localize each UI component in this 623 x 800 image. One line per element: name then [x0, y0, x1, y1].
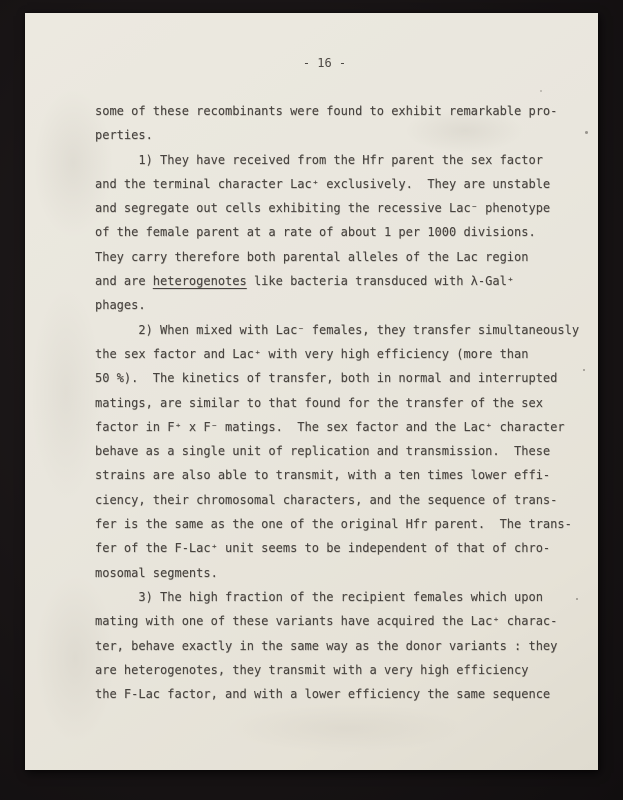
- text-line: 1) They have received from the Hfr paren…: [95, 148, 601, 172]
- text-segment: like bacteria transduced with λ-Gal⁺: [247, 274, 514, 288]
- paper-speck: [540, 90, 542, 92]
- text-line: the sex factor and Lac⁺ with very high e…: [95, 342, 601, 366]
- text-line: mating with one of these variants have a…: [95, 609, 601, 633]
- paper-stain: [225, 703, 465, 753]
- text-line: and segregate out cells exhibiting the r…: [95, 196, 601, 220]
- text-line: ciency, their chromosomal characters, an…: [95, 488, 601, 512]
- text-line: fer is the same as the one of the origin…: [95, 512, 601, 536]
- text-line: 3) The high fraction of the recipient fe…: [95, 585, 601, 609]
- page-number: - 16 -: [25, 55, 598, 71]
- text-line: the F-Lac factor, and with a lower effic…: [95, 682, 601, 706]
- text-line: phages.: [95, 293, 601, 317]
- text-line: 50 %). The kinetics of transfer, both in…: [95, 366, 601, 390]
- manuscript-page: - 16 - some of these recombinants were f…: [25, 13, 598, 770]
- text-segment: and are: [95, 274, 153, 288]
- typewritten-text: some of these recombinants were found to…: [95, 99, 601, 706]
- text-line: They carry therefore both parental allel…: [95, 245, 601, 269]
- text-line: factor in F⁺ x F⁻ matings. The sex facto…: [95, 415, 601, 439]
- text-line: strains are also able to transmit, with …: [95, 463, 601, 487]
- text-line: behave as a single unit of replication a…: [95, 439, 601, 463]
- text-line: ter, behave exactly in the same way as t…: [95, 634, 601, 658]
- text-line: perties.: [95, 123, 601, 147]
- text-line: are heterogenotes, they transmit with a …: [95, 658, 601, 682]
- paper-stain: [31, 283, 101, 503]
- text-line: some of these recombinants were found to…: [95, 99, 601, 123]
- text-line: matings, are similar to that found for t…: [95, 391, 601, 415]
- text-line-with-underline: and are heterogenotes like bacteria tran…: [95, 269, 601, 293]
- text-line: 2) When mixed with Lac⁻ females, they tr…: [95, 318, 601, 342]
- underlined-term: heterogenotes: [153, 274, 247, 288]
- text-line: mosomal segments.: [95, 561, 601, 585]
- photo-backdrop: - 16 - some of these recombinants were f…: [0, 0, 623, 800]
- text-line: of the female parent at a rate of about …: [95, 220, 601, 244]
- text-line: and the terminal character Lac⁺ exclusiv…: [95, 172, 601, 196]
- text-line: fer of the F-Lac⁺ unit seems to be indep…: [95, 536, 601, 560]
